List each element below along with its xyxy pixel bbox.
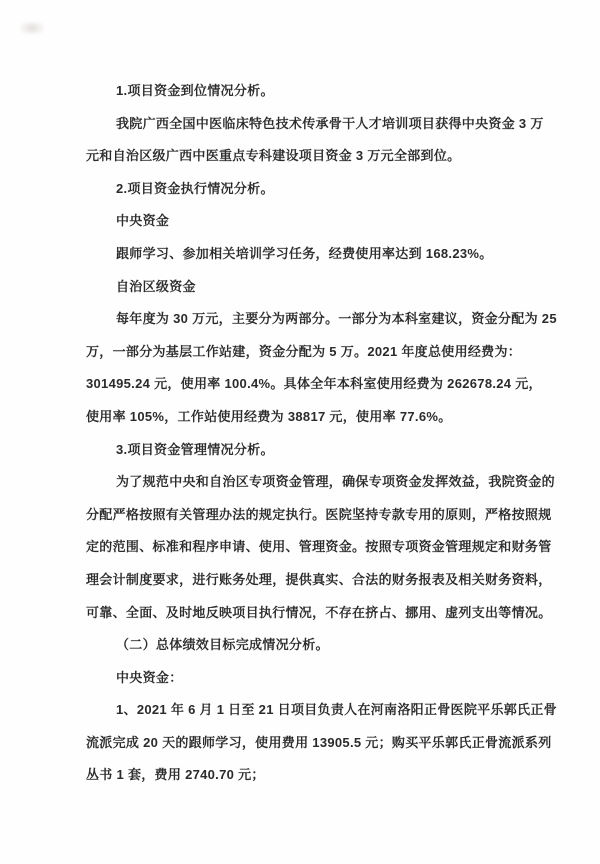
text-line: 万，一部分为基层工作站建，资金分配为 5 万。2021 年度总使用经费为： bbox=[86, 336, 556, 369]
text-line: 为了规范中央和自治区专项资金管理，确保专项资金发挥效益，我院资金的 bbox=[86, 466, 556, 499]
text-line: 301495.24 元，使用率 100.4%。具体全年本科室使用经费为 2626… bbox=[86, 368, 556, 401]
text-line: 丛书 1 套，费用 2740.70 元； bbox=[86, 759, 556, 792]
text-line-subheading-central-funds: 中央资金 bbox=[86, 205, 556, 238]
document-page: 1.项目资金到位情况分析。 我院广西全国中医临床特色技术传承骨干人才培训项目获得… bbox=[0, 0, 600, 864]
text-line-heading-3: 3.项目资金管理情况分析。 bbox=[86, 434, 556, 467]
text-line: 1、2021 年 6 月 1 日至 21 日项目负责人在河南洛阳正骨医院平乐郭氏… bbox=[86, 694, 556, 727]
text-line: 可靠、全面、及时地反映项目执行情况，不存在挤占、挪用、虚列支出等情况。 bbox=[86, 597, 556, 630]
text-line: 分配严格按照有关管理办法的规定执行。医院坚持专款专用的原则，严格按照规 bbox=[86, 499, 556, 532]
text-line: 使用率 105%，工作站使用经费为 38817 元，使用率 77.6%。 bbox=[86, 401, 556, 434]
text-line: 流派完成 20 天的跟师学习，使用费用 13905.5 元；购买平乐郭氏正骨流派… bbox=[86, 727, 556, 760]
text-line: 跟师学习、参加相关培训学习任务，经费使用率达到 168.23%。 bbox=[86, 238, 556, 271]
text-line-section-heading: （二）总体绩效目标完成情况分析。 bbox=[86, 629, 556, 662]
scan-smudge-artifact bbox=[18, 20, 46, 36]
text-line-heading-1: 1.项目资金到位情况分析。 bbox=[86, 75, 556, 108]
document-body: 1.项目资金到位情况分析。 我院广西全国中医临床特色技术传承骨干人才培训项目获得… bbox=[86, 75, 556, 792]
text-line-subheading-central-funds-2: 中央资金： bbox=[86, 662, 556, 695]
text-line: 理会计制度要求，进行账务处理，提供真实、合法的财务报表及相关财务资料， bbox=[86, 564, 556, 597]
text-line-heading-2: 2.项目资金执行情况分析。 bbox=[86, 173, 556, 206]
text-line: 每年度为 30 万元，主要分为两部分。一部分为本科室建议，资金分配为 25 bbox=[86, 303, 556, 336]
text-line: 我院广西全国中医临床特色技术传承骨干人才培训项目获得中央资金 3 万 bbox=[86, 108, 556, 141]
text-line: 定的范围、标准和程序申请、使用、管理资金。按照专项资金管理规定和财务管 bbox=[86, 531, 556, 564]
text-line-subheading-regional-funds: 自治区级资金 bbox=[86, 271, 556, 304]
text-line: 元和自治区级广西中医重点专科建设项目资金 3 万元全部到位。 bbox=[86, 140, 556, 173]
